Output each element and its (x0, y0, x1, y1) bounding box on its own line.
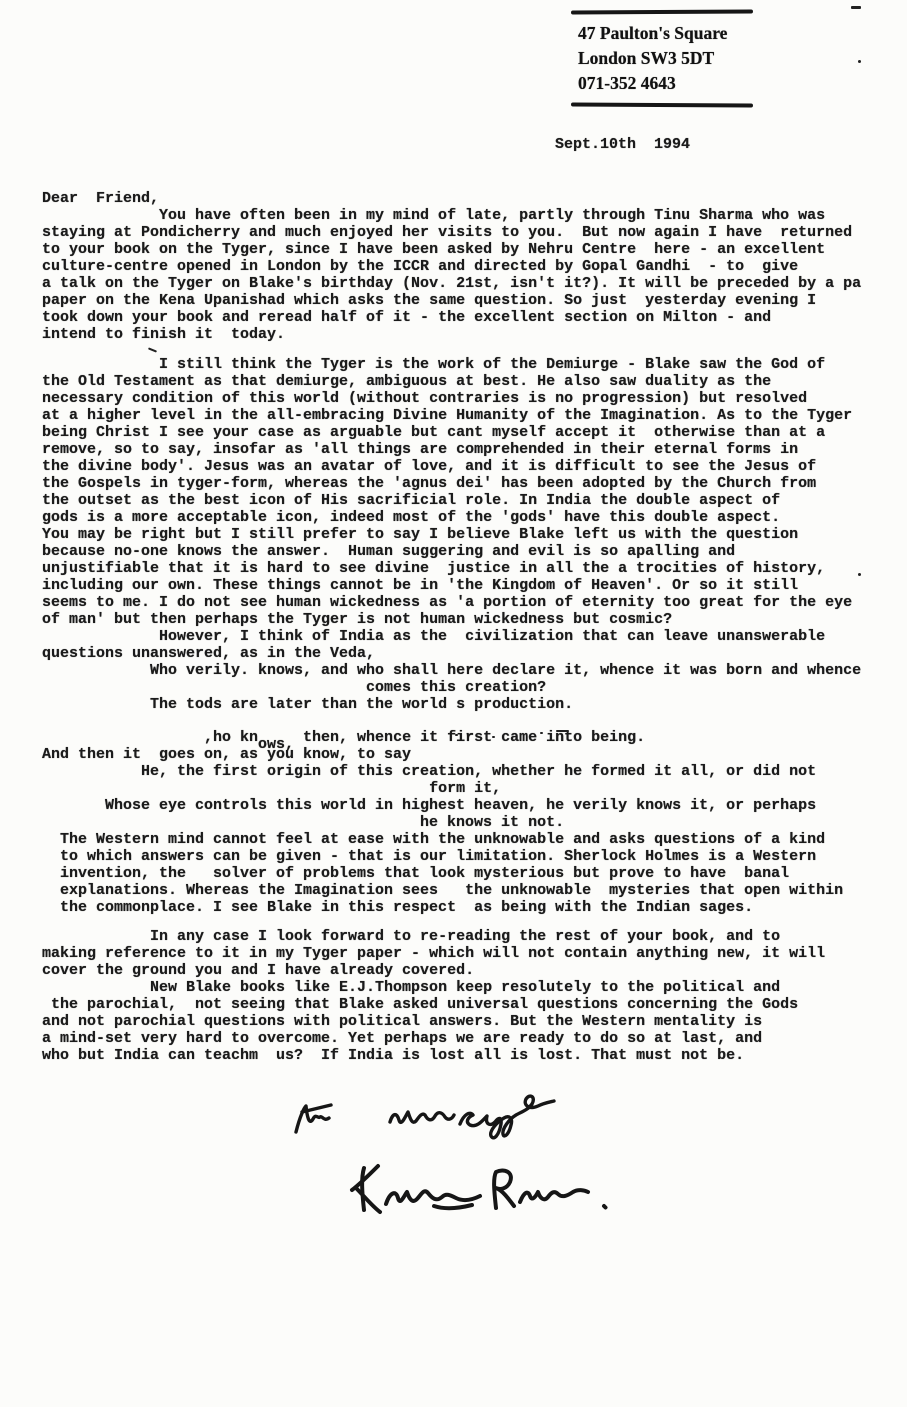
letter-line: You have often been in my mind of late, … (42, 207, 887, 224)
letter-line: seems to me. I do not see human wickedne… (42, 594, 887, 611)
letter-line: the divine body'. Jesus was an avatar of… (42, 458, 887, 475)
letter-line: cover the ground you and I have already … (42, 962, 887, 979)
letter-line: unjustifiable that it is hard to see div… (42, 560, 887, 577)
letter-line: of man' but then perhaps the Tyger is no… (42, 611, 887, 628)
letter-line: to which answers can be given - that is … (42, 848, 887, 865)
letter-line: In any case I look forward to re-reading… (42, 928, 887, 945)
letter-line: comes this creation? (42, 679, 887, 696)
letter-line: and not parochial questions with politic… (42, 1013, 887, 1030)
letter-line: paper on the Kena Upanishad which asks t… (42, 292, 887, 309)
letter-line: He, the first origin of this creation, w… (42, 763, 887, 780)
scan-speck (858, 573, 861, 576)
letter-line: Who verily. knows, and who shall here de… (42, 662, 887, 679)
letter-line: However, I think of India as the civiliz… (42, 628, 887, 645)
letter-line: form it, (42, 780, 887, 797)
letter-line: ,ho knows, then, whence it first came in… (42, 729, 887, 746)
scan-speck (455, 734, 458, 736)
letter-line: culture-centre opened in London by the I… (42, 258, 887, 275)
signature-name-handwriting (338, 1148, 618, 1220)
letter-line: the outset as the best icon of His sacri… (42, 492, 887, 509)
letter-line: at a higher level in the all-embracing D… (42, 407, 887, 424)
letter-line: gods is a more acceptable icon, indeed m… (42, 509, 887, 526)
letter-line: I still think the Tyger is the work of t… (42, 356, 887, 373)
letter-line: the parochial, not seeing that Blake ask… (42, 996, 887, 1013)
letter-line: remove, so to say, insofar as 'all thing… (42, 441, 887, 458)
letter-body: Dear Friend,You have often been in my mi… (42, 190, 887, 1064)
scan-speck (556, 730, 569, 732)
letterhead-rule-top (571, 10, 753, 15)
letter-date: Sept.10th 1994 (555, 136, 690, 153)
letter-line: to your book on the Tyger, since I have … (42, 241, 887, 258)
letter-line: the Gospels in tyger-form, whereas the '… (42, 475, 887, 492)
scan-speck (492, 736, 495, 738)
letter-line: And then it goes on, as you know, to say (42, 746, 887, 763)
letter-line: questions unanswered, as in the Veda, (42, 645, 887, 662)
letter-line: being Christ I see your case as arguable… (42, 424, 887, 441)
signature-closing-handwriting (282, 1086, 582, 1148)
letter-line: Dear Friend, (42, 190, 887, 207)
scan-speck (858, 60, 861, 63)
letter-line: who but India can teachm us? If India is… (42, 1047, 887, 1064)
letterhead-rule-bottom (571, 103, 753, 108)
letter-line: The tods are later than the world s prod… (42, 696, 887, 713)
letter-line: he knows it not. (42, 814, 887, 831)
letter-line: invention, the solver of problems that l… (42, 865, 887, 882)
letter-line: necessary condition of this world (witho… (42, 390, 887, 407)
letterhead-address-line2: London SW3 5DT (571, 46, 753, 71)
letter-page: 47 Paulton's Square London SW3 5DT 071-3… (0, 0, 907, 1407)
letterhead-address-line1: 47 Paulton's Square (571, 21, 753, 46)
letter-line: making reference to it in my Tyger paper… (42, 945, 887, 962)
letter-line: a talk on the Tyger on Blake's birthday … (42, 275, 887, 292)
letter-line: You may be right but I still prefer to s… (42, 526, 887, 543)
letter-line: a mind-set very hard to overcome. Yet pe… (42, 1030, 887, 1047)
letter-line: the Old Testament as that demiurge, ambi… (42, 373, 887, 390)
letter-line: the commonplace. I see Blake in this res… (42, 899, 887, 916)
scan-speck (540, 732, 543, 734)
scan-speck (851, 6, 861, 9)
letterhead: 47 Paulton's Square London SW3 5DT 071-3… (571, 10, 753, 107)
letter-line: The Western mind cannot feel at ease wit… (42, 831, 887, 848)
letter-line: including our own. These things cannot b… (42, 577, 887, 594)
letter-line: because no-one knows the answer. Human s… (42, 543, 887, 560)
letter-line: took down your book and reread half of i… (42, 309, 887, 326)
letter-line: Whose eye controls this world in highest… (42, 797, 887, 814)
letter-line: explanations. Whereas the Imagination se… (42, 882, 887, 899)
letter-line: staying at Pondicherry and much enjoyed … (42, 224, 887, 241)
letter-line: intend to finish it today. (42, 326, 887, 343)
letterhead-phone: 071-352 4643 (571, 71, 753, 96)
letter-line: New Blake books like E.J.Thompson keep r… (42, 979, 887, 996)
